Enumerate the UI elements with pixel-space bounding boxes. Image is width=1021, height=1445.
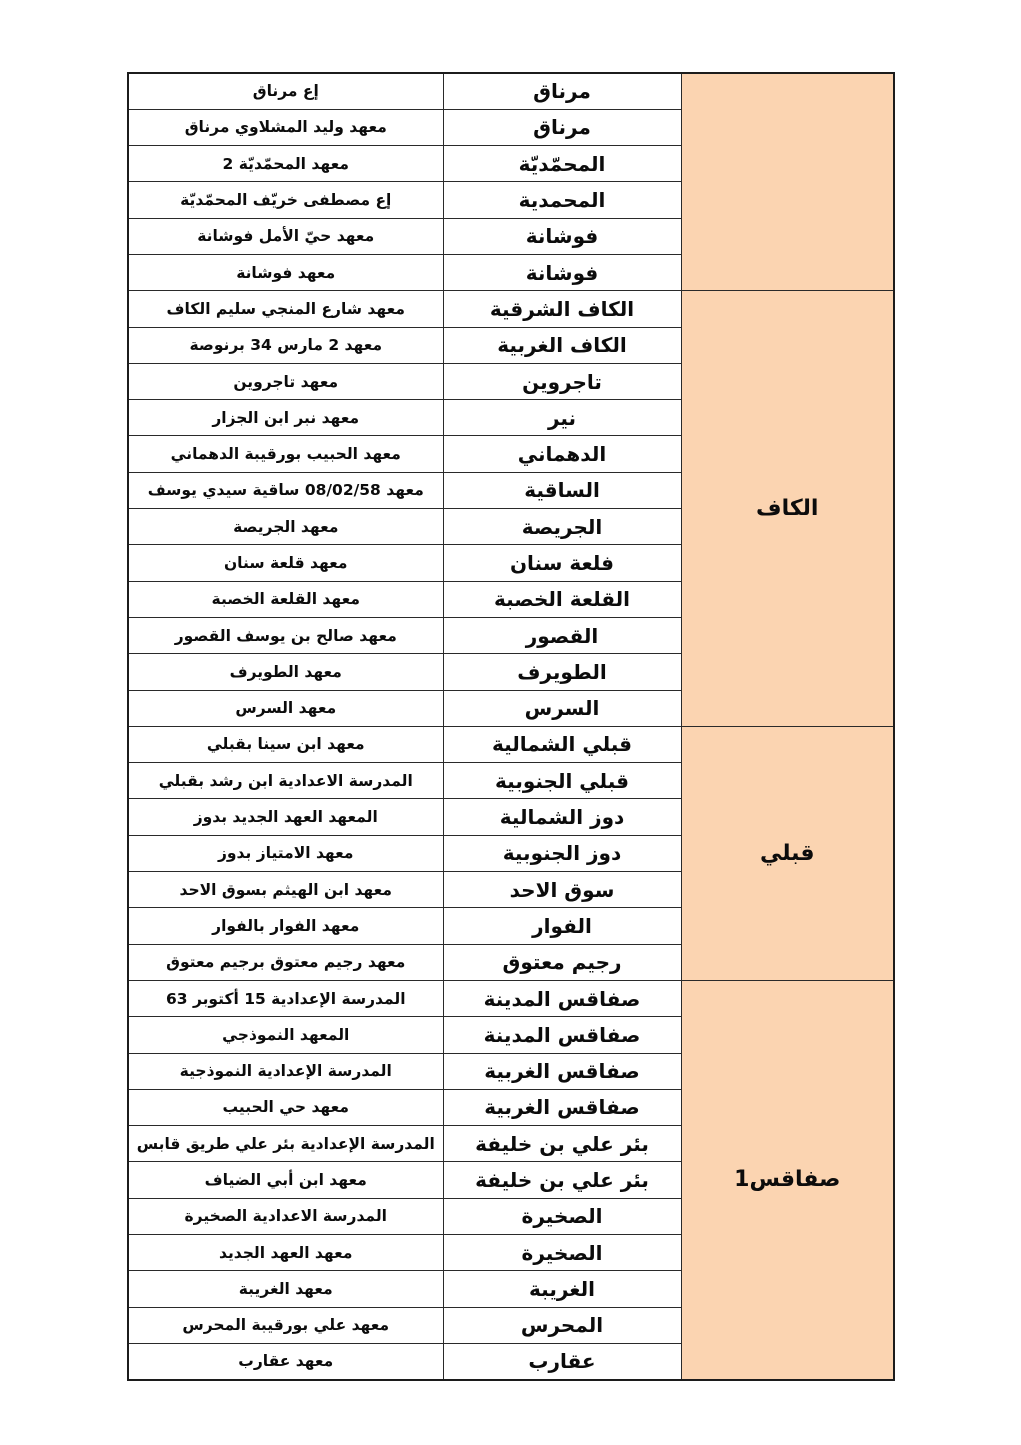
region-cell: قبلي <box>681 726 894 980</box>
region-cell <box>681 73 894 291</box>
institute-cell: المدرسة الاعدادية الصخيرة <box>128 1198 443 1234</box>
location-cell: الغريبة <box>443 1271 681 1307</box>
institute-cell: معهد الفوار بالفوار <box>128 908 443 944</box>
location-cell: دوز الجنوبية <box>443 835 681 871</box>
institute-cell: معهد الحبيب بورقيبة الدهماني <box>128 436 443 472</box>
institute-cell: معهد حيّ الأمل فوشانة <box>128 218 443 254</box>
institute-cell: معهد ابن سينا بقبلي <box>128 726 443 762</box>
institute-cell: معهد عقارب <box>128 1343 443 1379</box>
table-row: صفاقس1صفاقس المدينةالمدرسة الإعدادية 15 … <box>128 980 894 1016</box>
institute-cell: معهد علي بورقيبة المحرس <box>128 1307 443 1343</box>
location-cell: عقارب <box>443 1343 681 1379</box>
location-cell: قبلي الشمالية <box>443 726 681 762</box>
location-cell: رجيم معتوق <box>443 944 681 980</box>
location-cell: دوز الشمالية <box>443 799 681 835</box>
institute-cell: معهد الغريبة <box>128 1271 443 1307</box>
location-cell: الساقية <box>443 472 681 508</box>
institute-cell: معهد تاجروين <box>128 363 443 399</box>
location-cell: تاجروين <box>443 363 681 399</box>
location-cell: صفاقس الغربية <box>443 1089 681 1125</box>
institute-cell: معهد ابن الهيثم بسوق الاحد <box>128 872 443 908</box>
location-cell: الكاف الشرقية <box>443 291 681 327</box>
location-cell: صفاقس المدينة <box>443 980 681 1016</box>
institute-cell: معهد القلعة الخصبة <box>128 581 443 617</box>
institute-cell: معهد السرس <box>128 690 443 726</box>
location-cell: الدهماني <box>443 436 681 472</box>
institute-cell: معهد نبر ابن الجزار <box>128 400 443 436</box>
location-cell: الصخيرة <box>443 1198 681 1234</box>
location-cell: الجريصة <box>443 509 681 545</box>
table-row: مرناقإع مرناق <box>128 73 894 109</box>
institute-cell: المدرسة الإعدادية بئر علي طريق قابس <box>128 1126 443 1162</box>
table-body: مرناقإع مرناقمرناقمعهد وليد المشلاوي مرن… <box>128 73 894 1380</box>
location-cell: الفوار <box>443 908 681 944</box>
location-cell: بئر علي بن خليفة <box>443 1162 681 1198</box>
location-cell: السرس <box>443 690 681 726</box>
institute-cell: معهد شارع المنجي سليم الكاف <box>128 291 443 327</box>
location-cell: بئر علي بن خليفة <box>443 1126 681 1162</box>
institute-cell: معهد الجريصة <box>128 509 443 545</box>
location-cell: المحمّديّة <box>443 146 681 182</box>
location-cell: مرناق <box>443 73 681 109</box>
institute-cell: معهد 2 مارس 34 برنوصة <box>128 327 443 363</box>
institute-cell: معهد ابن أبي الضياف <box>128 1162 443 1198</box>
institute-cell: المعهد العهد الجديد بدوز <box>128 799 443 835</box>
institute-cell: معهد وليد المشلاوي مرناق <box>128 109 443 145</box>
location-cell: قبلي الجنوبية <box>443 763 681 799</box>
institute-cell: إع مصطفى خريّف المحمّديّة <box>128 182 443 218</box>
institute-cell: معهد حي الحبيب <box>128 1089 443 1125</box>
institute-cell: معهد رجيم معتوق برجيم معتوق <box>128 944 443 980</box>
region-cell: صفاقس1 <box>681 980 894 1379</box>
school-assignment-table: مرناقإع مرناقمرناقمعهد وليد المشلاوي مرن… <box>127 72 895 1381</box>
location-cell: فوشانة <box>443 254 681 290</box>
table-row: قبليقبلي الشماليةمعهد ابن سينا بقبلي <box>128 726 894 762</box>
institute-cell: معهد قلعة سنان <box>128 545 443 581</box>
location-cell: صفاقس المدينة <box>443 1017 681 1053</box>
location-cell: الصخيرة <box>443 1235 681 1271</box>
institute-cell: المدرسة الإعدادية 15 أكتوبر 63 <box>128 980 443 1016</box>
institute-cell: معهد الطويرف <box>128 654 443 690</box>
location-cell: سوق الاحد <box>443 872 681 908</box>
institute-cell: المدرسة الإعدادية النموذجية <box>128 1053 443 1089</box>
institute-cell: المعهد النموذجي <box>128 1017 443 1053</box>
location-cell: المحرس <box>443 1307 681 1343</box>
institute-cell: إع مرناق <box>128 73 443 109</box>
location-cell: القصور <box>443 617 681 653</box>
location-cell: المحمدية <box>443 182 681 218</box>
document-page: مرناقإع مرناقمرناقمعهد وليد المشلاوي مرن… <box>0 0 1021 1445</box>
institute-cell: معهد الامتياز بدوز <box>128 835 443 871</box>
institute-cell: معهد 08/02/58 ساقية سيدي يوسف <box>128 472 443 508</box>
institute-cell: المدرسة الاعدادية ابن رشد بقبلي <box>128 763 443 799</box>
region-cell: الكاف <box>681 291 894 727</box>
location-cell: نير <box>443 400 681 436</box>
location-cell: الكاف الغربية <box>443 327 681 363</box>
institute-cell: معهد صالح بن يوسف القصور <box>128 617 443 653</box>
location-cell: فوشانة <box>443 218 681 254</box>
institute-cell: معهد فوشانة <box>128 254 443 290</box>
location-cell: مرناق <box>443 109 681 145</box>
table-row: الكافالكاف الشرقيةمعهد شارع المنجي سليم … <box>128 291 894 327</box>
location-cell: القلعة الخصبة <box>443 581 681 617</box>
location-cell: فلعة سنان <box>443 545 681 581</box>
location-cell: صفاقس الغربية <box>443 1053 681 1089</box>
institute-cell: معهد المحمّديّة 2 <box>128 146 443 182</box>
institute-cell: معهد العهد الجديد <box>128 1235 443 1271</box>
location-cell: الطويرف <box>443 654 681 690</box>
